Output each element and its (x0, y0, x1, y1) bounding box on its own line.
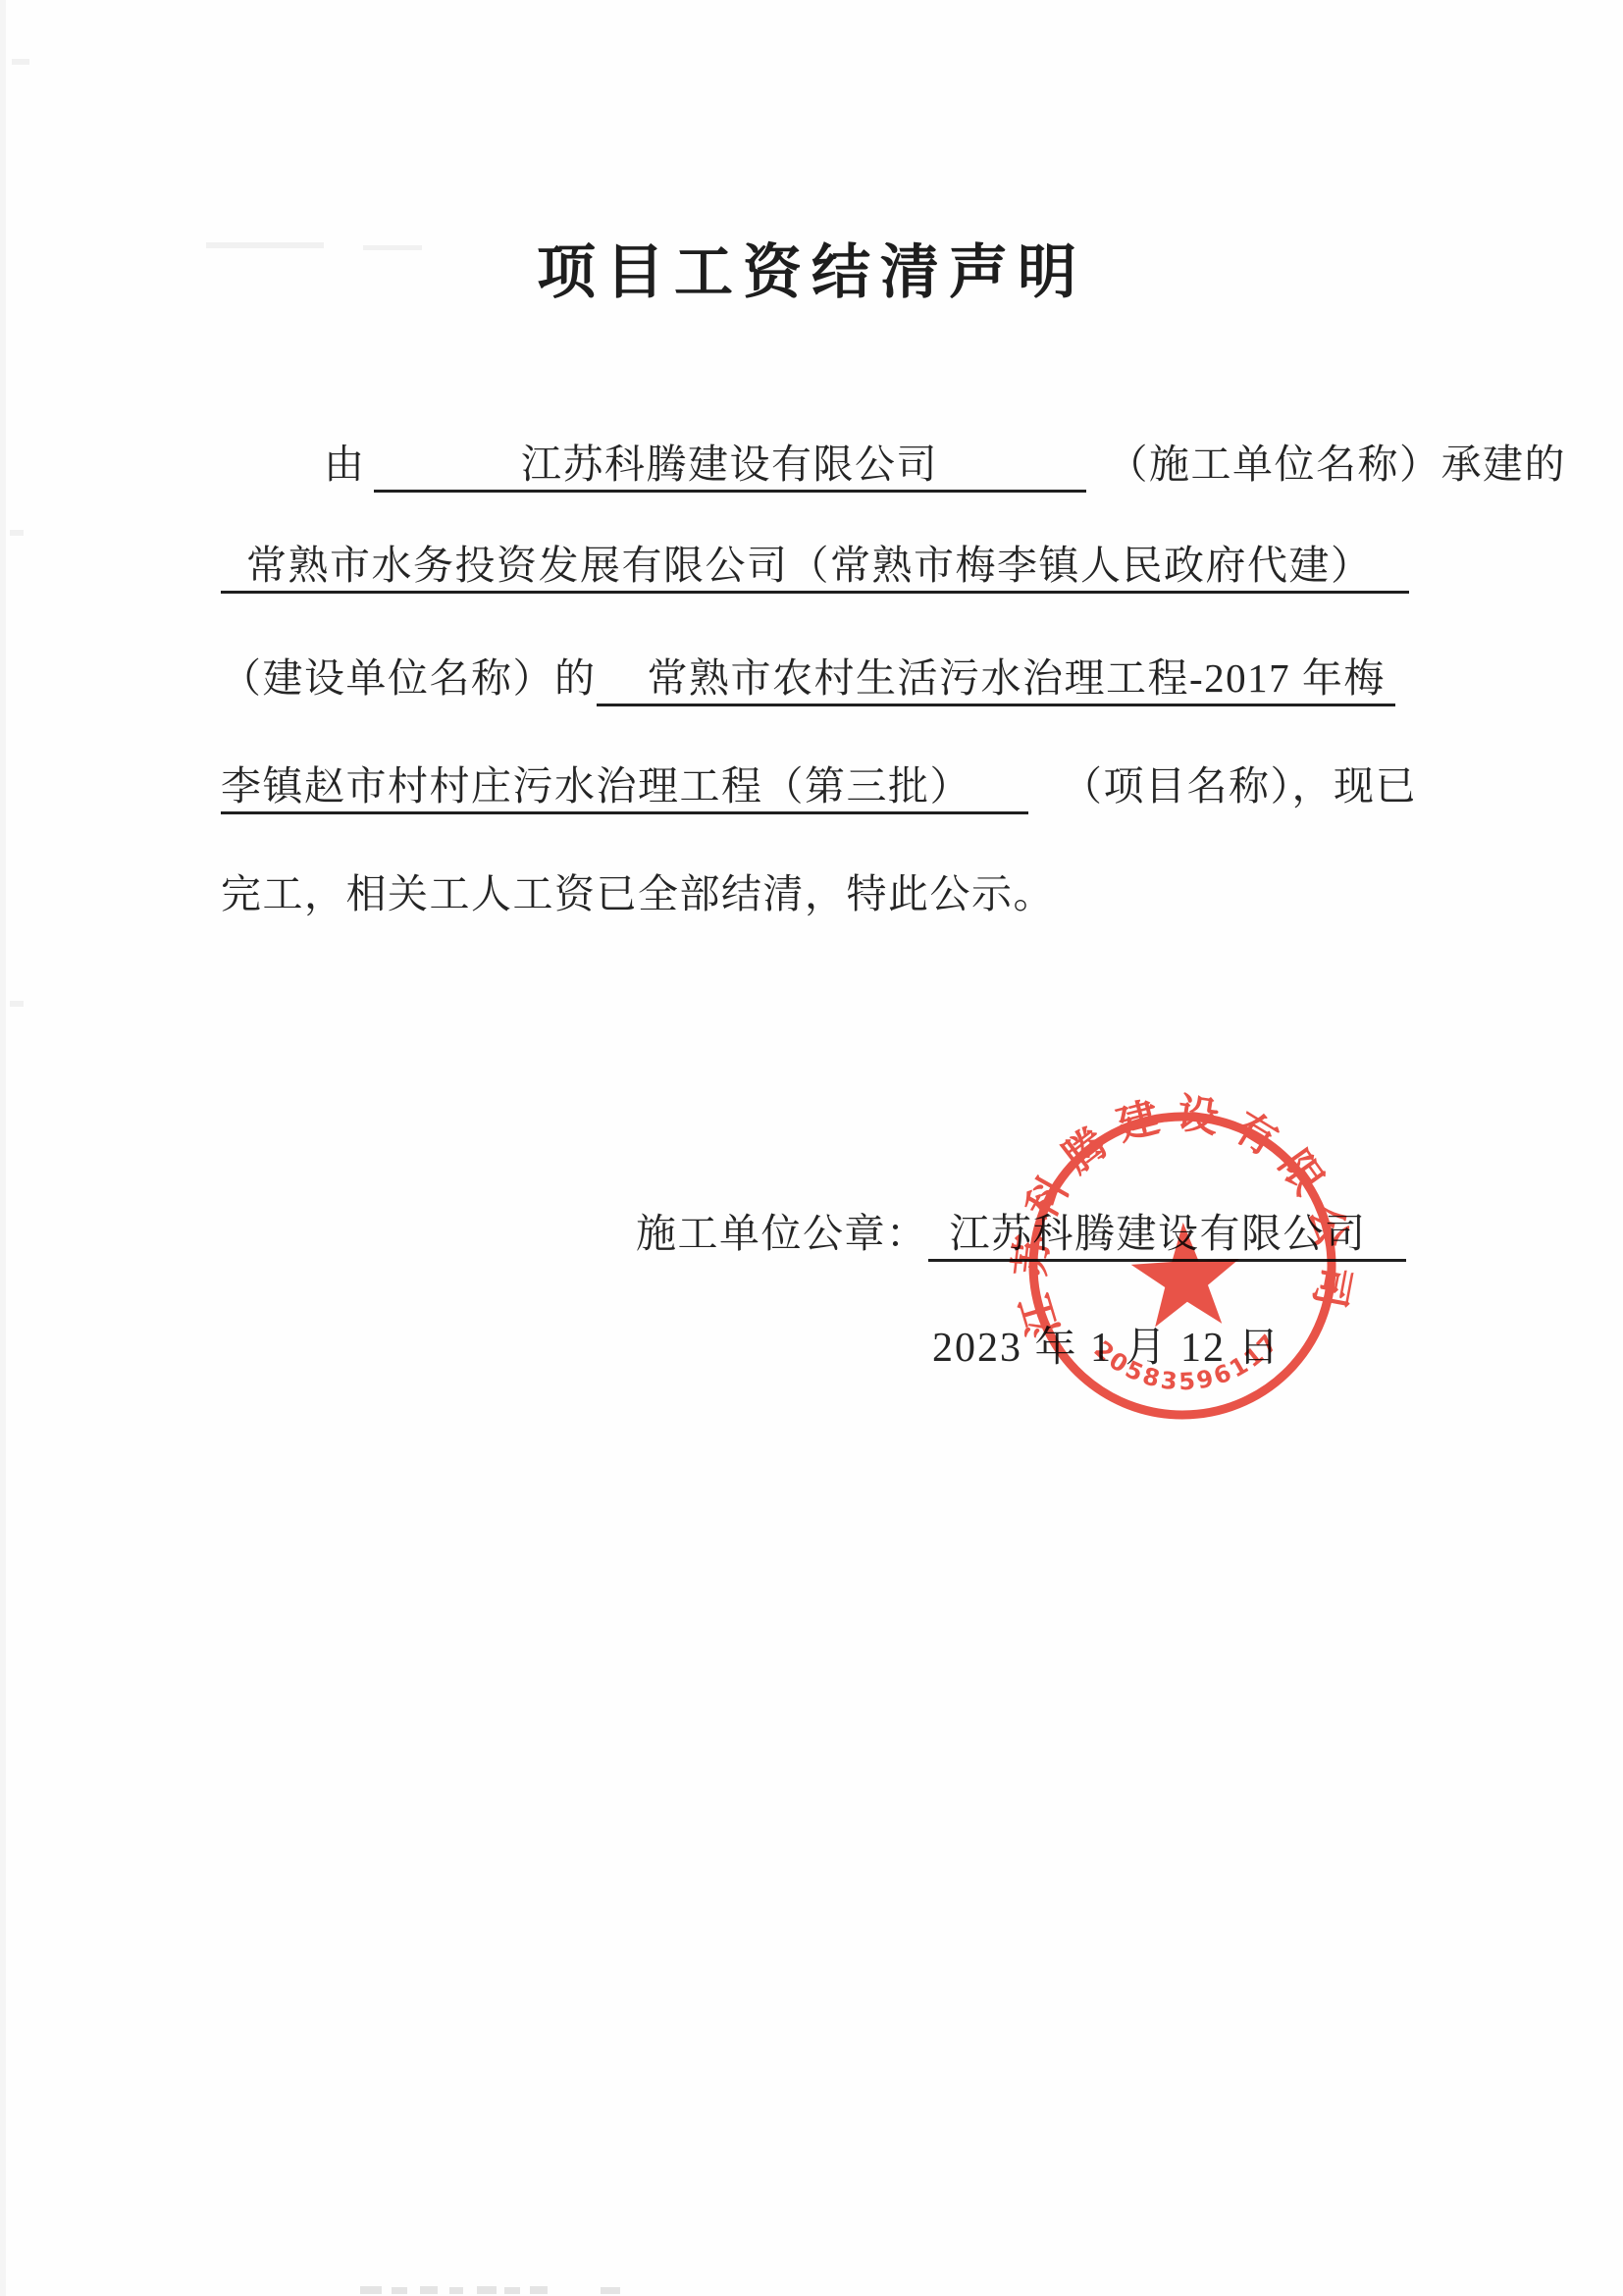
scan-artifact (530, 2286, 548, 2294)
line3-prefix: （建设单位名称）的 (221, 655, 597, 701)
scan-artifact (477, 2286, 497, 2294)
line5-text: 完工，相关工人工资已全部结清，特此公示。 (221, 871, 1055, 916)
scan-artifact (504, 2287, 520, 2294)
seal-star-icon (1129, 1220, 1243, 1329)
company-seal-stamp: 江苏科腾建设有限公司 3205835961173 (1004, 1087, 1361, 1444)
stamp-label: 施工单位公章： (636, 1211, 928, 1256)
scan-artifact (12, 59, 29, 65)
statement-line-1: 由江苏科腾建设有限公司（施工单位名称）承建的 (221, 432, 1413, 493)
line1-suffix: （施工单位名称）承建的 (1108, 442, 1567, 487)
scan-artifact (0, 0, 6, 2296)
scan-artifact (10, 1001, 24, 1007)
scanned-document-page: 项目工资结清声明 由江苏科腾建设有限公司（施工单位名称）承建的 常熟市水务投资发… (0, 0, 1623, 2296)
scan-artifact (601, 2287, 620, 2294)
scan-artifact (360, 2286, 382, 2294)
line4-suffix: （项目名称），现已 (1062, 763, 1417, 809)
statement-line-4: 李镇赵市村村庄污水治理工程（第三批）（项目名称），现已 (221, 754, 1413, 814)
line1-prefix: 由 (324, 442, 366, 487)
statement-line-2: 常熟市水务投资发展有限公司（常熟市梅李镇人民政府代建） (221, 540, 1413, 594)
statement-line-3: （建设单位名称）的常熟市农村生活污水治理工程-2017 年梅 (221, 646, 1413, 706)
project-name-blank-part2: 李镇赵市村村庄污水治理工程（第三批） (221, 760, 1028, 814)
document-title: 项目工资结清声明 (0, 226, 1623, 310)
project-name-blank-part1: 常熟市农村生活污水治理工程-2017 年梅 (597, 652, 1395, 706)
scan-artifact (449, 2287, 463, 2294)
construction-unit-blank: 江苏科腾建设有限公司 (374, 439, 1086, 493)
scan-artifact (420, 2286, 438, 2294)
owner-unit-blank: 常熟市水务投资发展有限公司（常熟市梅李镇人民政府代建） (221, 540, 1409, 594)
statement-line-5: 完工，相关工人工资已全部结清，特此公示。 (221, 861, 1413, 919)
scan-artifact (392, 2287, 407, 2294)
scan-artifact (10, 530, 24, 536)
